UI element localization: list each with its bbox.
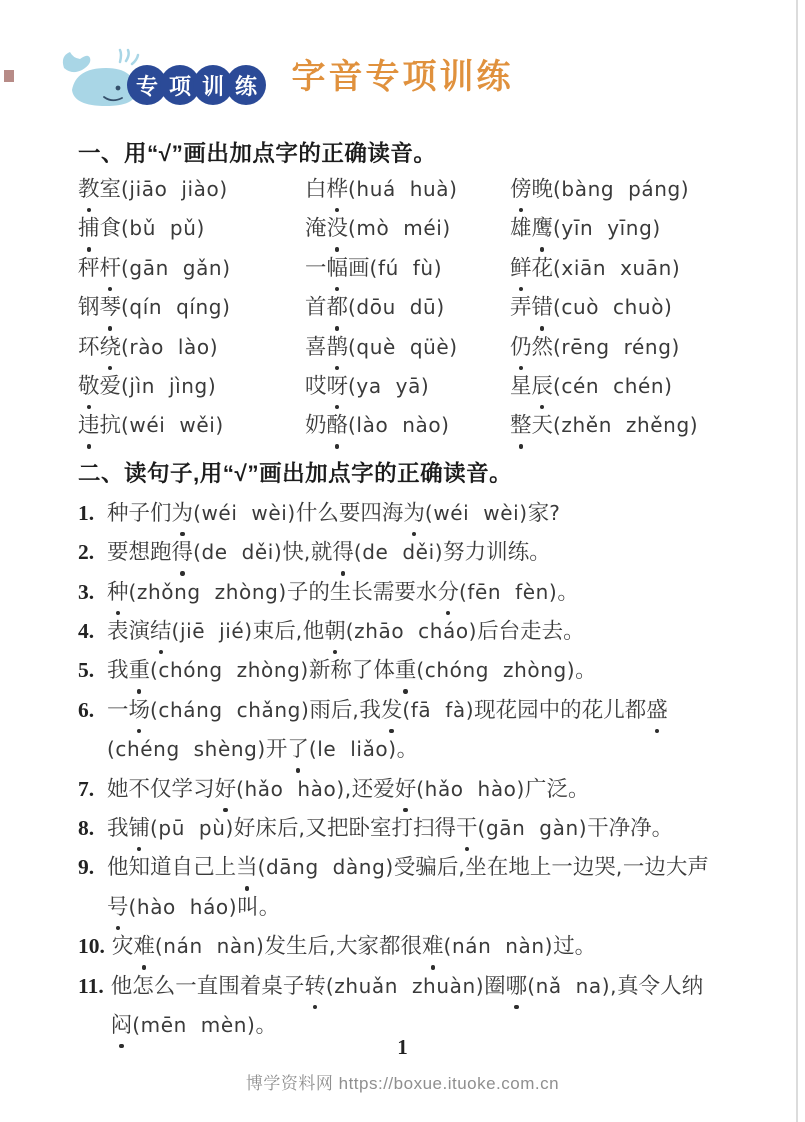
page-header: 专项训练 字音专项训练 [0,0,805,126]
sentence-number: 8. [78,809,100,848]
sentence-item: 7.她不仅学习好(hǎo hào),还爱好(hǎo hào)广泛。 [78,770,727,809]
sentence-item: 2.要想跑得(de děi)快,就得(de děi)努力训练。 [78,533,727,572]
sentence-text: 一场(cháng chǎng)雨后,我发(fā fà)现花园中的花儿都盛(ché… [107,691,719,770]
word-item: 一幅画(fú fù) [305,249,510,288]
page-footer: 1 博学资料网 https://boxue.ituoke.com.cn [0,1035,805,1094]
sentence-text: 种子们为(wéi wèi)什么要四海为(wéi wèi)家? [107,494,560,533]
word-item: 鲜花(xiān xuān) [510,249,727,288]
word-item: 白桦(huá huà) [305,170,510,209]
sentence-text: 他怎么一直围着桌子转(zhuǎn zhuàn)圈哪(nǎ na),真令人纳闷(m… [111,967,723,1046]
sentence-item: 11.他怎么一直围着桌子转(zhuǎn zhuàn)圈哪(nǎ na),真令人纳… [78,967,727,1046]
sentence-text: 她不仅学习好(hǎo hào),还爱好(hǎo hào)广泛。 [107,770,589,809]
sentence-number: 4. [78,612,100,651]
sentence-item: 5.我重(chóng zhòng)新称了体重(chóng zhòng)。 [78,651,727,690]
worksheet-page: 专项训练 字音专项训练 一、用“√”画出加点字的正确读音。 教室(jiāo ji… [0,0,805,1122]
word-item: 哎呀(ya yā) [305,367,510,406]
content: 一、用“√”画出加点字的正确读音。 教室(jiāo jiào)白桦(huá hu… [0,136,805,1045]
site-watermark: 博学资料网 https://boxue.ituoke.com.cn [0,1069,805,1094]
special-training-badge: 专项训练 [134,65,266,105]
word-item: 傍晚(bàng páng) [510,170,727,209]
word-item: 淹没(mò méi) [305,209,510,248]
word-item: 敬爱(jìn jìng) [78,367,305,406]
sentence-item: 1.种子们为(wéi wèi)什么要四海为(wéi wèi)家? [78,494,727,533]
sentence-number: 6. [78,691,100,730]
badge-character: 练 [226,65,266,105]
sentence-number: 9. [78,848,100,887]
word-item: 喜鹊(què qüè) [305,328,510,367]
sentence-text: 种(zhǒng zhòng)子的生长需要水分(fēn fèn)。 [107,573,579,612]
word-grid: 教室(jiāo jiào)白桦(huá huà)傍晚(bàng páng)捕食(… [78,170,727,446]
section-one-heading: 一、用“√”画出加点字的正确读音。 [78,136,727,168]
word-item: 仍然(rēng réng) [510,328,727,367]
sentence-item: 3.种(zhǒng zhòng)子的生长需要水分(fēn fèn)。 [78,573,727,612]
word-item: 违抗(wéi wěi) [78,406,305,445]
word-item: 整天(zhěn zhěng) [510,406,727,445]
scan-edge-line [796,0,798,1122]
sentence-number: 10. [78,927,105,966]
sentence-list: 1.种子们为(wéi wèi)什么要四海为(wéi wèi)家?2.要想跑得(d… [78,494,727,1046]
sentence-number: 11. [78,967,104,1006]
word-item: 教室(jiāo jiào) [78,170,305,209]
sentence-text: 要想跑得(de děi)快,就得(de děi)努力训练。 [107,533,551,572]
sentence-text: 我铺(pū pù)好床后,又把卧室打扫得干(gān gàn)干净净。 [107,809,673,848]
word-item: 首都(dōu dū) [305,288,510,327]
sentence-item: 4.表演结(jiē jié)束后,他朝(zhāo cháo)后台走去。 [78,612,727,651]
word-item: 奶酪(lào nào) [305,406,510,445]
word-item: 星辰(cén chén) [510,367,727,406]
section-two-heading: 二、读句子,用“√”画出加点字的正确读音。 [78,456,727,488]
sentence-text: 灾难(nán nàn)发生后,大家都很难(nán nàn)过。 [112,927,596,966]
sentence-number: 7. [78,770,100,809]
word-item: 秤杆(gān gǎn) [78,249,305,288]
word-item: 弄错(cuò chuò) [510,288,727,327]
sentence-item: 8.我铺(pū pù)好床后,又把卧室打扫得干(gān gàn)干净净。 [78,809,727,848]
sentence-text: 他知道自己上当(dāng dàng)受骗后,坐在地上一边哭,一边大声号(hào … [107,848,719,927]
sentence-number: 3. [78,573,100,612]
sentence-number: 2. [78,533,100,572]
sentence-item: 9.他知道自己上当(dāng dàng)受骗后,坐在地上一边哭,一边大声号(hà… [78,848,727,927]
whale-logo: 专项训练 [58,48,266,112]
sentence-number: 1. [78,494,100,533]
sentence-text: 表演结(jiē jié)束后,他朝(zhāo cháo)后台走去。 [107,612,585,651]
sentence-number: 5. [78,651,100,690]
word-item: 雄鹰(yīn yīng) [510,209,727,248]
word-item: 捕食(bǔ pǔ) [78,209,305,248]
sentence-item: 10.灾难(nán nàn)发生后,大家都很难(nán nàn)过。 [78,927,727,966]
sentence-text: 我重(chóng zhòng)新称了体重(chóng zhòng)。 [107,651,597,690]
word-item: 钢琴(qín qíng) [78,288,305,327]
sentence-item: 6.一场(cháng chǎng)雨后,我发(fā fà)现花园中的花儿都盛(c… [78,691,727,770]
page-number: 1 [0,1035,805,1060]
word-item: 环绕(rào lào) [78,328,305,367]
